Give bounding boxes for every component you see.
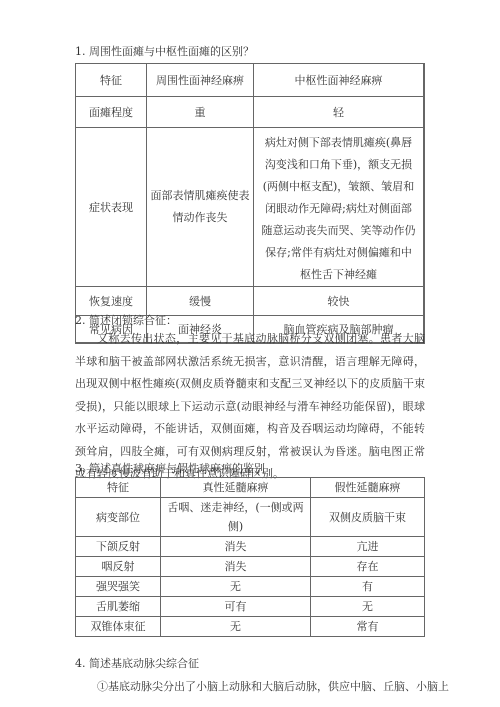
- facial-palsy-comparison-table: 特征 周围性面神经麻痹 中枢性面神经麻痹 面瘫程度 重 轻 症状表现 面部表情肌…: [75, 63, 425, 344]
- table-cell: 无: [311, 597, 425, 617]
- header-cell: 特征: [76, 478, 161, 498]
- table-cell: 较快: [254, 287, 425, 316]
- section1-heading: 1. 周围性面瘫与中枢性面瘫的区别？: [75, 43, 254, 59]
- table-cell: 亢进: [311, 537, 425, 557]
- table-header-row: 特征 真性延髓麻痹 假性延髓麻痹: [76, 478, 425, 498]
- bulbar-palsy-comparison-table: 特征 真性延髓麻痹 假性延髓麻痹 病变部位 舌咽、迷走神经，(一侧或两侧) 双侧…: [75, 477, 425, 637]
- table-row: 病变部位 舌咽、迷走神经，(一侧或两侧) 双侧皮质脑干束: [76, 498, 425, 537]
- table-row: 症状表现 面部表情肌瘫痪使表情动作丧失 病灶对侧下部表情肌瘫痪(鼻唇沟变浅和口角…: [76, 128, 425, 287]
- table-row: 下颌反射 消失 亢进: [76, 537, 425, 557]
- section4-paragraph: ①基底动脉尖分出了小脑上动脉和大脑后动脉，供应中脑、丘脑、小脑上: [97, 676, 427, 699]
- table-cell: 面瘫程度: [76, 97, 147, 128]
- table-cell: 病变部位: [76, 498, 161, 537]
- table-cell: 面部表情肌瘫痪使表情动作丧失: [147, 128, 254, 287]
- table-cell: 可有: [161, 597, 311, 617]
- table-cell: 下颌反射: [76, 537, 161, 557]
- table-cell: 舌咽、迷走神经，(一侧或两侧): [161, 498, 311, 537]
- table-header-row: 特征 周围性面神经麻痹 中枢性面神经麻痹: [76, 64, 425, 97]
- table-cell: 症状表现: [76, 128, 147, 287]
- table-cell: 无: [161, 577, 311, 597]
- table-cell: 有: [311, 577, 425, 597]
- section3-heading: 3. 简述真性球麻痹与假性球麻痹的鉴别: [75, 460, 265, 476]
- header-cell: 中枢性面神经麻痹: [254, 64, 425, 97]
- table-row: 舌肌萎缩 可有 无: [76, 597, 425, 617]
- table-row: 双锥体束征 无 常有: [76, 617, 425, 637]
- table-cell: 双锥体束征: [76, 617, 161, 637]
- table-cell: 舌肌萎缩: [76, 597, 161, 617]
- table-cell: 消失: [161, 557, 311, 577]
- table-cell: 双侧皮质脑干束: [311, 498, 425, 537]
- table-row: 强哭强笑 无 有: [76, 577, 425, 597]
- table-cell: 常有: [311, 617, 425, 637]
- table-row: 面瘫程度 重 轻: [76, 97, 425, 128]
- table-row: 咽反射 消失 存在: [76, 557, 425, 577]
- table-cell: 咽反射: [76, 557, 161, 577]
- header-cell: 周围性面神经麻痹: [147, 64, 254, 97]
- table-cell: 消失: [161, 537, 311, 557]
- section4-heading: 4. 简述基底动脉尖综合征: [75, 655, 199, 671]
- table-cell: 重: [147, 97, 254, 128]
- table-cell: 轻: [254, 97, 425, 128]
- header-cell: 真性延髓麻痹: [161, 478, 311, 498]
- table-cell: 强哭强笑: [76, 577, 161, 597]
- section2-heading: 2. 简述闭锁综合征：: [75, 312, 177, 328]
- table-cell: 存在: [311, 557, 425, 577]
- table-cell: 无: [161, 617, 311, 637]
- header-cell: 特征: [76, 64, 147, 97]
- table-cell: 病灶对侧下部表情肌瘫痪(鼻唇沟变浅和口角下垂)，额支无损(两侧中枢支配)，皱额、…: [254, 128, 425, 287]
- header-cell: 假性延髓麻痹: [311, 478, 425, 498]
